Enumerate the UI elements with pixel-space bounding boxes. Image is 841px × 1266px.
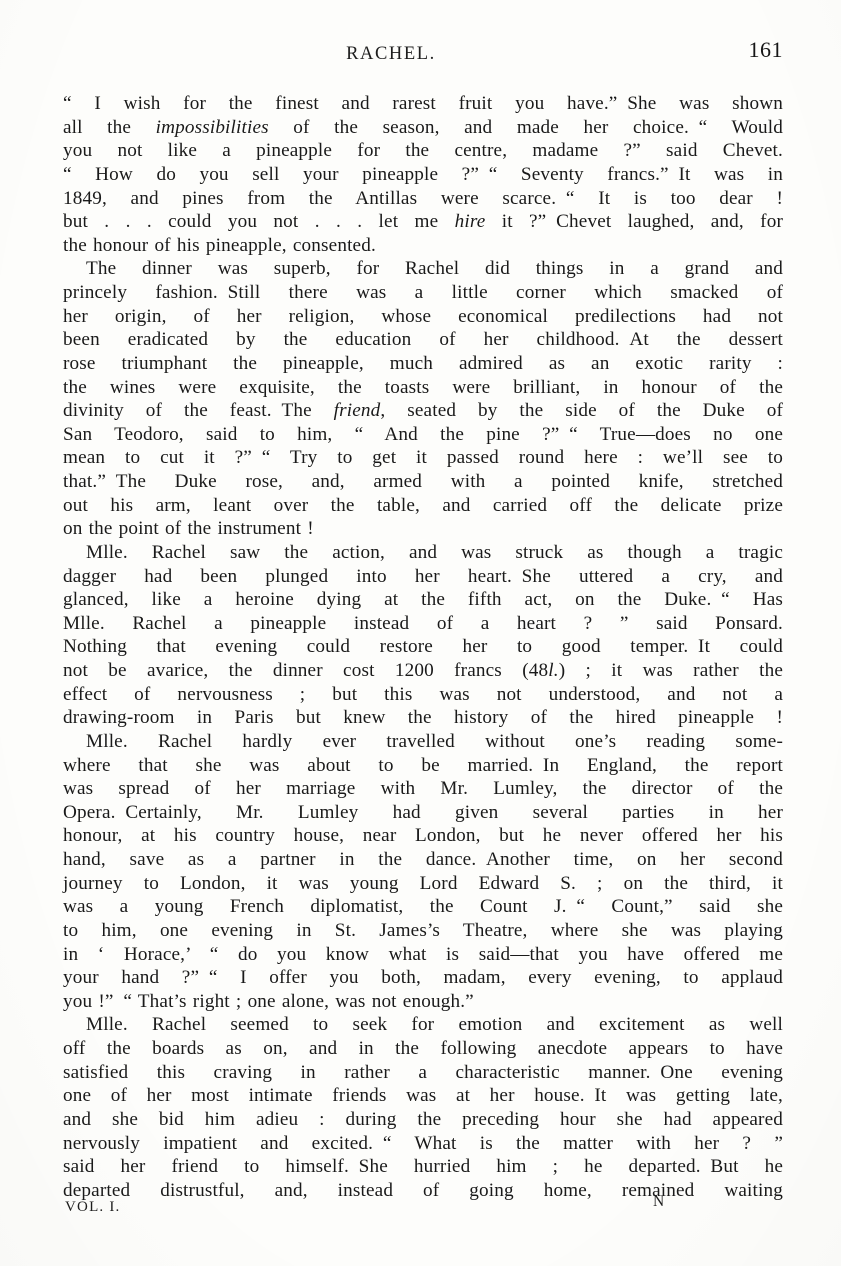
running-head-title: RACHEL. [63,44,719,65]
text-line: but . . . could you not . . . let me hir… [63,210,783,234]
text-line: her origin, of her religion, whose econo… [63,305,783,329]
text-line: was a young French diplomatist, the Coun… [63,895,783,919]
text-line: Mlle. Rachel seemed to seek for emotion … [63,1013,783,1037]
text-line: nervously impatient and excited. “ What … [63,1132,783,1156]
text-line: all the impossibilities of the season, a… [63,116,783,140]
volume-label: VOL. I. [65,1199,120,1216]
text-line: the honour of his pineapple, consented. [63,234,783,258]
text-line: San Teodoro, said to him, “ And the pine… [63,423,783,447]
text-line: “ I wish for the finest and rarest fruit… [63,92,783,116]
text-line: you !” “ That’s right ; one alone, was n… [63,990,783,1014]
text-line: divinity of the feast. The friend, seate… [63,399,783,423]
text-line: off the boards as on, and in the followi… [63,1037,783,1061]
text-line: your hand ?” “ I offer you both, madam, … [63,966,783,990]
text-line: Nothing that evening could restore her t… [63,635,783,659]
paragraph: The dinner was superb, for Rachel did th… [63,257,783,541]
text-line: to him, one evening in St. James’s Theat… [63,919,783,943]
text-line: 1849, and pines from the Antillas were s… [63,187,783,211]
text-block: “ I wish for the finest and rarest fruit… [63,92,783,1202]
text-line: where that she was about to be married. … [63,754,783,778]
text-line: you not like a pineapple for the centre,… [63,139,783,163]
text-line: Opera. Certainly, Mr. Lumley had given s… [63,801,783,825]
text-line: said her friend to himself. She hurried … [63,1155,783,1179]
text-line: glanced, like a heroine dying at the fif… [63,588,783,612]
text-line: the wines were exquisite, the toasts wer… [63,376,783,400]
page-number: 161 [749,37,784,63]
text-line: princely fashion. Still there was a litt… [63,281,783,305]
text-line: that.” The Duke rose, and, armed with a … [63,470,783,494]
text-line: Mlle. Rachel hardly ever travelled witho… [63,730,783,754]
text-line: satisfied this craving in rather a chara… [63,1061,783,1085]
text-line: honour, at his country house, near Londo… [63,824,783,848]
text-line: Mlle. Rachel saw the action, and was str… [63,541,783,565]
text-line: mean to cut it ?” “ Try to get it passed… [63,446,783,470]
text-line: “ How do you sell your pineapple ?” “ Se… [63,163,783,187]
text-line: effect of nervousness ; but this was not… [63,683,783,707]
page-header: RACHEL. 161 [63,42,783,70]
paragraph: Mlle. Rachel hardly ever travelled witho… [63,730,783,1014]
text-line: dagger had been plunged into her heart. … [63,565,783,589]
text-line: and she bid him adieu : during the prece… [63,1108,783,1132]
paragraph: Mlle. Rachel seemed to seek for emotion … [63,1013,783,1202]
page-footer: VOL. I. N [63,1196,783,1220]
text-line: on the point of the instrument ! [63,517,783,541]
text-line: been eradicated by the education of her … [63,328,783,352]
text-line: The dinner was superb, for Rachel did th… [63,257,783,281]
text-line: Mlle. Rachel a pineapple instead of a he… [63,612,783,636]
text-line: one of her most intimate friends was at … [63,1084,783,1108]
text-line: was spread of her marriage with Mr. Luml… [63,777,783,801]
text-line: journey to London, it was young Lord Edw… [63,872,783,896]
text-line: drawing-room in Paris but knew the histo… [63,706,783,730]
book-page: RACHEL. 161 “ I wish for the finest and … [0,0,841,1266]
text-line: rose triumphant the pineapple, much admi… [63,352,783,376]
text-line: in ‘ Horace,’ “ do you know what is said… [63,943,783,967]
signature-mark: N [653,1193,664,1211]
paragraph: Mlle. Rachel saw the action, and was str… [63,541,783,730]
text-line: hand, save as a partner in the dance. An… [63,848,783,872]
text-line: out his arm, leant over the table, and c… [63,494,783,518]
paragraph: “ I wish for the finest and rarest fruit… [63,92,783,257]
text-line: not be avarice, the dinner cost 1200 fra… [63,659,783,683]
